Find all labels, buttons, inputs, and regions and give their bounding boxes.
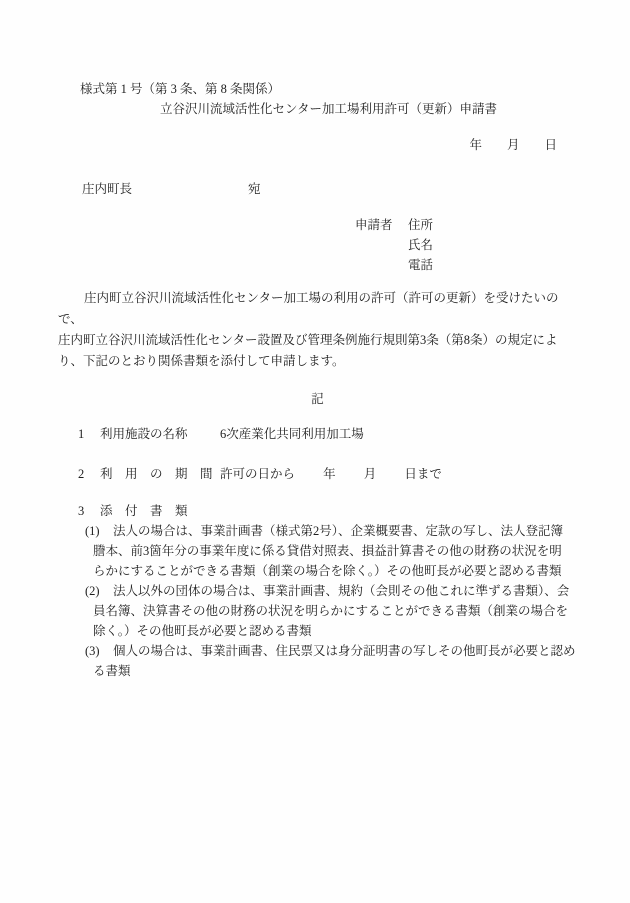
form-number: 様式第 1 号（第 3 条、第 8 条関係）: [80, 79, 577, 99]
attachment-first-line: (3) 個人の場合は、事業計画書、住民票又は身分証明書の写しその他町長が必要と認…: [85, 641, 577, 661]
item-value: 許可の日から 年 月 日まで: [220, 464, 442, 484]
attachment-number: (3): [85, 641, 113, 661]
record-marker: 記: [58, 389, 577, 409]
addressee-suffix: 宛: [248, 182, 261, 196]
body-line: 庄内町立谷沢川流域活性化センター設置及び管理条例施行規則第3条（第8条）の規定に…: [58, 330, 577, 351]
body-line: 庄内町立谷沢川流域活性化センター加工場の利用の許可（許可の更新）を受けたいので、: [58, 288, 577, 330]
applicant-name-label: 氏名: [408, 235, 433, 255]
attachment-text: 法人の場合は、事業計画書（様式第2号）、企業概要書、定款の写し、法人登記簿: [113, 521, 563, 541]
item-label: 利 用 の 期 間: [100, 464, 220, 484]
application-form-page: 様式第 1 号（第 3 条、第 8 条関係） 立谷沢川流域活性化センター加工場利…: [0, 0, 630, 903]
date-line: 年 月 日: [58, 135, 557, 155]
item-number: 2: [78, 464, 100, 484]
applicant-fields: 住所 氏名 電話: [408, 215, 433, 275]
attachment-text: 謄本、前3箇年分の事業年度に係る貸借対照表、損益計算書その他の財務の状況を明: [93, 541, 577, 561]
addressee-name: 庄内町長: [82, 179, 248, 199]
body-line: り、下記のとおり関係書類を添付して申請します。: [58, 351, 577, 372]
attachment-text: る書類: [93, 661, 577, 681]
attachment-text: 個人の場合は、事業計画書、住民票又は身分証明書の写しその他町長が必要と認め: [113, 641, 576, 661]
item-usage-period: 2 利 用 の 期 間 許可の日から 年 月 日まで: [78, 464, 577, 484]
attachment-non-corporate-group: (2) 法人以外の団体の場合は、事業計画書、規約（会則その他これに準ずる書類）、…: [85, 581, 577, 641]
attachment-corporation: (1) 法人の場合は、事業計画書（様式第2号）、企業概要書、定款の写し、法人登記…: [85, 521, 577, 581]
item-number: 1: [78, 424, 100, 444]
item-label: 利用施設の名称: [100, 424, 220, 444]
attachment-individual: (3) 個人の場合は、事業計画書、住民票又は身分証明書の写しその他町長が必要と認…: [85, 641, 577, 681]
items-list: 1 利用施設の名称 6次産業化共同利用加工場 2 利 用 の 期 間 許可の日か…: [78, 424, 577, 521]
applicant-label: 申請者: [355, 215, 408, 275]
item-attached-documents: 3 添 付 書 類: [78, 501, 577, 521]
attachment-number: (2): [85, 581, 113, 601]
item-value: 6次産業化共同利用加工場: [220, 424, 364, 444]
body-paragraph: 庄内町立谷沢川流域活性化センター加工場の利用の許可（許可の更新）を受けたいので、…: [58, 288, 577, 372]
applicant-block: 申請者 住所 氏名 電話: [355, 215, 577, 275]
document-title: 立谷沢川流域活性化センター加工場利用許可（更新）申請書: [160, 99, 577, 119]
attachment-text: 除く。）その他町長が必要と認める書類: [93, 621, 577, 641]
applicant-phone-label: 電話: [408, 255, 433, 275]
item-facility-name: 1 利用施設の名称 6次産業化共同利用加工場: [78, 424, 577, 444]
applicant-address-label: 住所: [408, 215, 433, 235]
attachment-first-line: (2) 法人以外の団体の場合は、事業計画書、規約（会則その他これに準ずる書類）、…: [85, 581, 577, 601]
attachment-text: 員名簿、決算書その他の財務の状況を明らかにすることができる書類（創業の場合を: [93, 601, 577, 621]
addressee-row: 庄内町長宛: [82, 179, 577, 199]
item-number: 3: [78, 501, 100, 521]
item-label: 添 付 書 類: [100, 501, 220, 521]
attachments-list: (1) 法人の場合は、事業計画書（様式第2号）、企業概要書、定款の写し、法人登記…: [85, 521, 577, 681]
attachment-text: らかにすることができる書類（創業の場合を除く。）その他町長が必要と認める書類: [93, 561, 577, 581]
attachment-number: (1): [85, 521, 113, 541]
attachment-text: 法人以外の団体の場合は、事業計画書、規約（会則その他これに準ずる書類）、会: [113, 581, 569, 601]
attachment-first-line: (1) 法人の場合は、事業計画書（様式第2号）、企業概要書、定款の写し、法人登記…: [85, 521, 577, 541]
